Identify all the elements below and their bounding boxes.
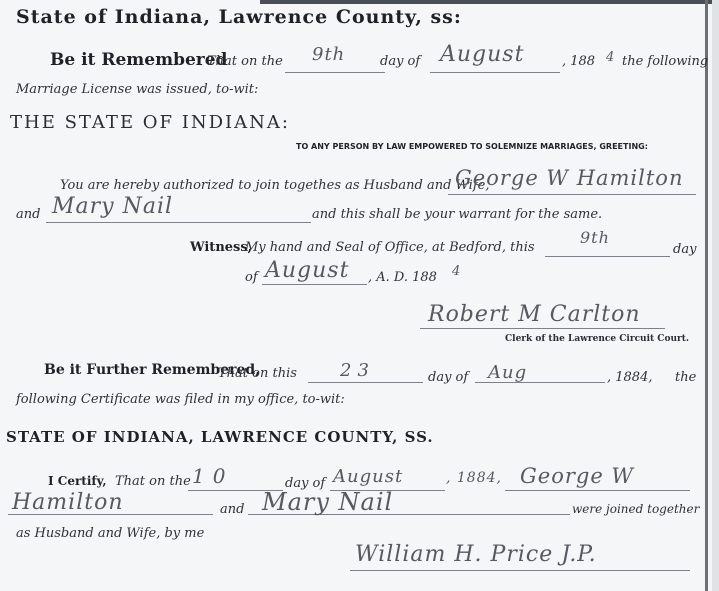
cert-year: , 1884, [446,470,502,486]
warrant-text: and this shall be your warrant for the s… [312,207,602,222]
month-line [430,72,560,73]
certify-label: I Certify, [48,474,107,488]
greeting-text: TO ANY PERSON BY LAW EMPOWERED TO SOLEMN… [296,142,648,151]
cert-month-value: August [333,466,403,487]
cert-groom-last: Hamilton [12,490,124,515]
cert-that-on-the: That on the [115,474,191,489]
license-bride: Mary Nail [52,194,173,219]
filing-day-line [308,382,423,383]
day-label: day [673,242,696,257]
filing-day-value: 23 [340,360,375,381]
issued-line: Marriage License was issued, to-wit: [16,82,258,97]
year-prefix: , 188 [562,54,595,69]
scan-margin [712,0,719,591]
officiant-signature: William H. Price J.P. [355,542,597,567]
filed-line: following Certificate was filed in my of… [16,392,345,407]
that-on-the-text: That on the [207,54,283,69]
ad-text: , A. D. 188 [368,270,437,285]
witness-month-line [262,284,367,285]
ad-year-suffix: 4 [452,264,461,279]
bride-line [46,222,311,223]
witness-label: Witness, [190,240,252,255]
clerk-signature-line [420,328,665,329]
scan-top-edge [260,0,719,4]
day-of-text: day of [380,54,420,69]
day-line [285,72,385,73]
cert-day-value: 10 [192,464,233,488]
scan-right-edge [705,0,708,591]
cert-and-label: and [220,502,244,517]
filing-the: the [675,370,696,385]
by-me-text: as Husband and Wife, by me [16,526,204,541]
license-year-suffix: 4 [606,50,615,65]
county-heading: State of Indiana, Lawrence County, ss: [16,6,462,28]
clerk-signature: Robert M Carlton [428,302,641,327]
filing-day-of: day of [428,370,468,385]
groom-line [448,194,696,195]
witness-text: My hand and Seal of Office, at Bedford, … [245,240,535,255]
witness-month-value: August [265,258,349,283]
remembered-label: Be it Remembered [50,50,227,70]
clerk-title: Clerk of the Lawrence Circuit Court. [505,334,689,344]
license-day-value: 9th [312,44,345,65]
filing-year: , 1884, [607,370,652,385]
witness-day-value: 9th [580,228,610,247]
authorized-text: You are hereby authorized to join togeth… [60,178,489,193]
marriage-record-page: State of Indiana, Lawrence County, ss: B… [0,0,706,591]
officiant-signature-line [350,570,690,571]
of-label: of [245,270,258,285]
state-heading: THE STATE OF INDIANA: [10,112,290,133]
certificate-heading: STATE OF INDIANA, LAWRENCE COUNTY, SS. [6,428,434,446]
cert-bride: Mary Nail [262,488,393,516]
witness-day-line [545,256,670,257]
joined-text: were joined together [572,502,699,516]
and-label: and [16,207,40,222]
the-following-text: the following [622,54,708,69]
cert-groom-first-line [505,490,690,491]
license-groom: George W Hamilton [455,166,683,190]
cert-groom-first: George W [520,464,634,488]
filing-month-value: Aug [488,362,527,383]
license-month-value: August [440,42,524,67]
that-on-this-text: That on this [218,366,297,381]
